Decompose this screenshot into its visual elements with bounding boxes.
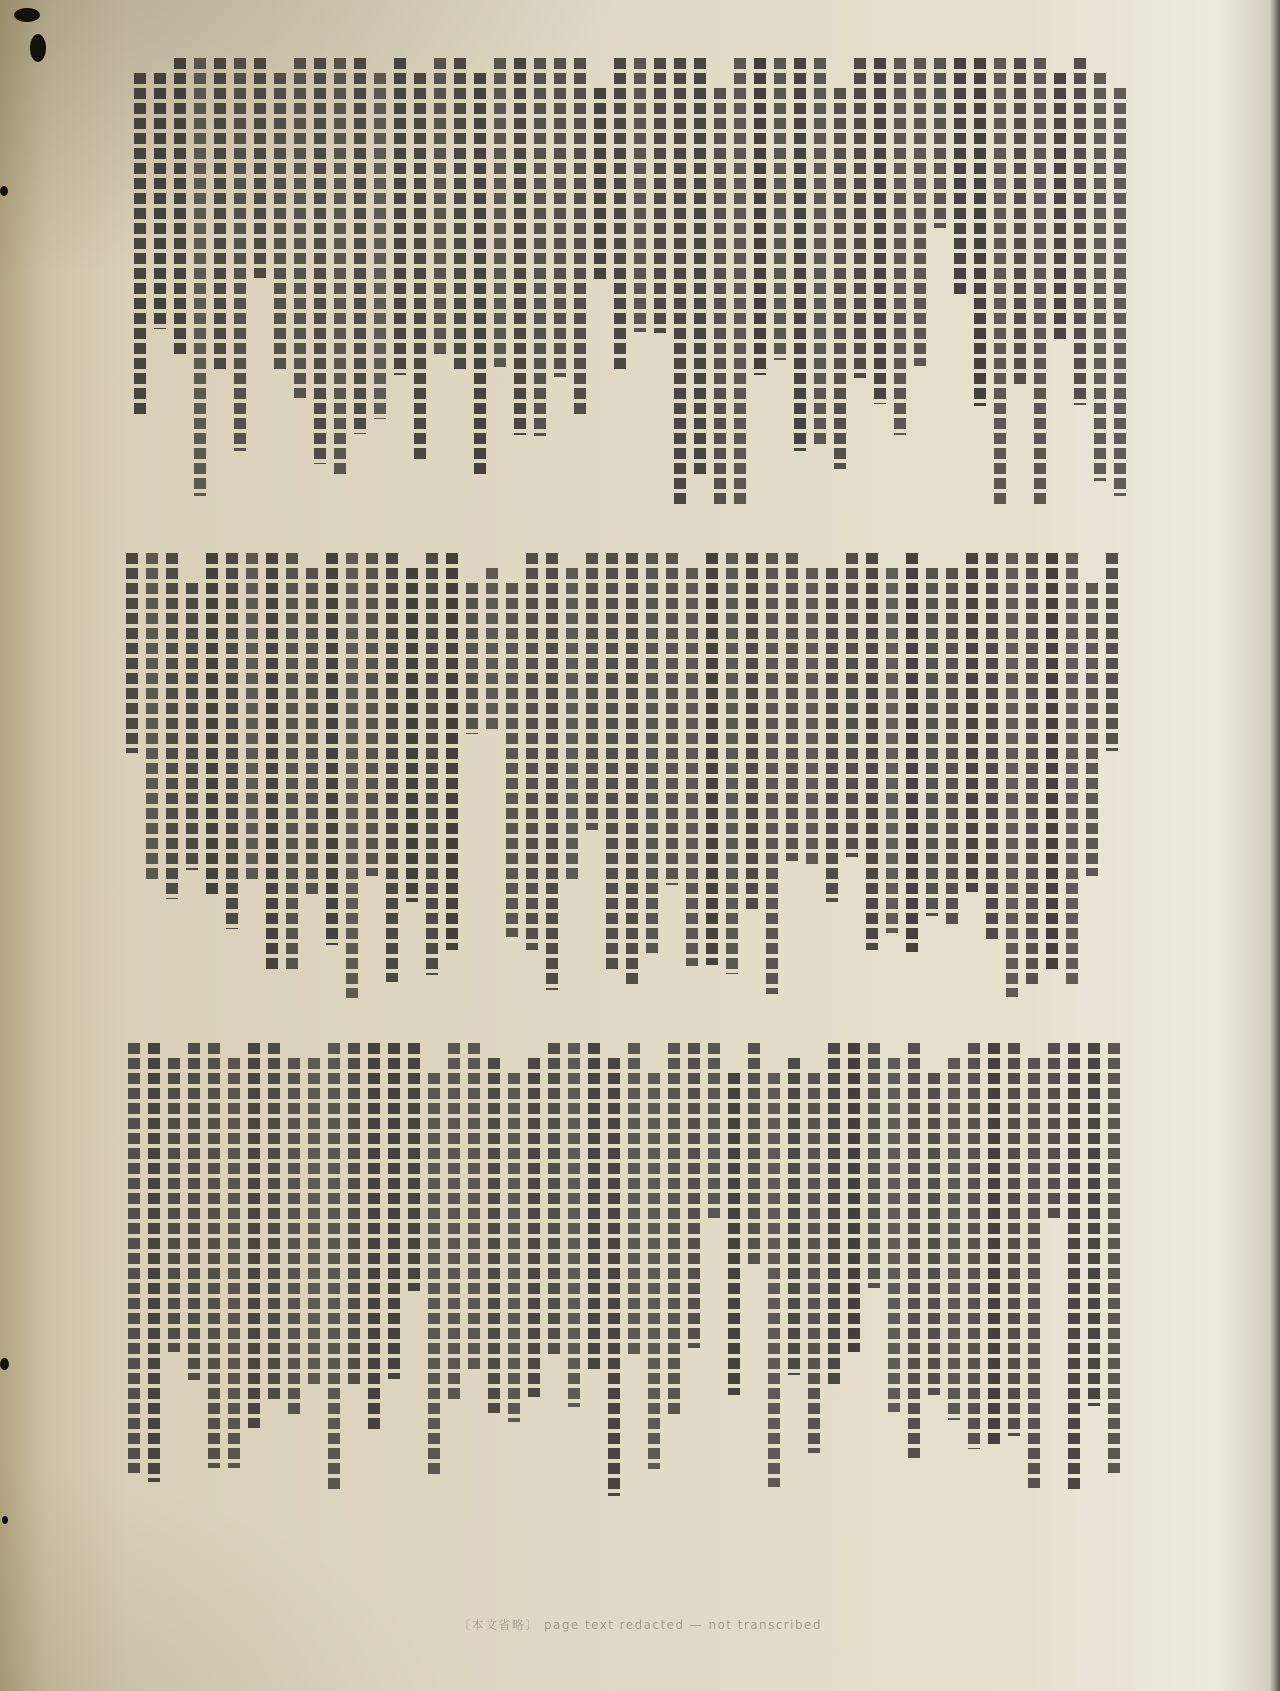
redacted-text-column xyxy=(486,568,498,733)
redacted-text-column xyxy=(534,58,546,436)
text-band-middle xyxy=(118,553,1118,1011)
redacted-text-column xyxy=(134,73,146,414)
redacted-text-column xyxy=(1114,88,1126,496)
redacted-text-column xyxy=(988,1043,1000,1444)
redacted-text-column xyxy=(166,553,178,899)
redacted-text-column xyxy=(548,1043,560,1355)
redacted-text-column xyxy=(574,58,586,415)
redacted-text-column xyxy=(694,58,706,476)
redacted-text-column xyxy=(508,1073,520,1422)
redacted-text-column xyxy=(788,1058,800,1375)
redacted-text-column xyxy=(894,58,906,435)
redacted-text-column xyxy=(286,553,298,973)
redacted-text-column xyxy=(148,1043,160,1482)
redacted-text-column xyxy=(214,58,226,372)
redacted-text-column xyxy=(594,88,606,279)
scan-artifact-mark xyxy=(30,34,46,62)
redacted-text-column xyxy=(668,1043,680,1417)
redacted-text-column xyxy=(1006,553,1018,997)
redacted-text-column xyxy=(514,58,526,435)
redacted-text-column xyxy=(886,568,898,933)
redacted-text-column xyxy=(706,553,718,965)
redacted-text-column xyxy=(888,1058,900,1412)
scan-artifact-mark xyxy=(0,186,8,196)
redacted-text-column xyxy=(174,58,186,357)
redacted-text-column xyxy=(754,58,766,375)
redacted-text-column xyxy=(334,58,346,476)
redacted-text-column xyxy=(414,73,426,463)
redacted-text-column xyxy=(308,1058,320,1388)
redacted-text-column xyxy=(714,88,726,504)
redacted-text-column xyxy=(708,1043,720,1218)
redacted-text-column xyxy=(494,58,506,367)
redacted-text-column xyxy=(488,1058,500,1413)
redacted-text-column xyxy=(428,1073,440,1478)
redacted-text-column xyxy=(254,58,266,278)
redacted-text-column xyxy=(1034,58,1046,508)
redacted-text-column xyxy=(566,568,578,881)
redacted-text-column xyxy=(768,1073,780,1487)
redacted-text-column xyxy=(528,1058,540,1397)
redacted-text-column xyxy=(354,58,366,434)
redacted-text-column xyxy=(966,553,978,892)
redacted-text-column xyxy=(1066,553,1078,984)
redacted-text-column xyxy=(1054,73,1066,343)
redacted-text-column xyxy=(866,553,878,950)
redacted-text-column xyxy=(634,58,646,332)
redacted-text-column xyxy=(154,73,166,329)
redacted-text-column xyxy=(248,1043,260,1428)
redacted-text-column xyxy=(1046,553,1058,973)
redacted-text-column xyxy=(406,568,418,902)
redacted-text-column xyxy=(368,1043,380,1430)
redacted-text-column xyxy=(394,58,406,375)
redacted-text-column xyxy=(546,553,558,990)
redacted-text-column xyxy=(646,553,658,953)
redacted-text-column xyxy=(868,1043,880,1288)
redacted-text-column xyxy=(1086,583,1098,876)
redacted-text-column xyxy=(208,1043,220,1468)
redacted-text-column xyxy=(986,553,998,943)
redacted-text-column xyxy=(814,58,826,446)
scanned-page: 〔本文省略〕 page text redacted — not transcri… xyxy=(0,0,1280,1691)
redacted-text-column xyxy=(1088,1043,1100,1406)
redacted-text-column xyxy=(314,58,326,464)
redacted-text-column xyxy=(588,1043,600,1371)
redacted-text-column xyxy=(448,1043,460,1401)
redacted-text-column xyxy=(228,1058,240,1468)
redacted-text-column xyxy=(914,58,926,366)
redacted-text-column xyxy=(246,553,258,880)
redacted-text-column xyxy=(306,568,318,897)
scan-artifact-mark xyxy=(14,8,40,22)
redacted-text-column xyxy=(146,553,158,882)
redacted-text-column xyxy=(206,553,218,895)
scan-artifact-mark xyxy=(0,1358,9,1370)
redacted-text-column xyxy=(526,553,538,950)
redacted-text-column xyxy=(1094,73,1106,481)
redacted-text-column xyxy=(608,1058,620,1496)
redacted-text-column xyxy=(446,553,458,950)
redacted-text-column xyxy=(188,1043,200,1380)
redacted-text-column xyxy=(266,553,278,973)
redacted-text-column xyxy=(386,553,398,982)
redacted-text-column xyxy=(654,58,666,333)
redacted-text-column xyxy=(346,553,358,998)
redacted-text-column xyxy=(1106,553,1118,751)
redacted-text-column xyxy=(968,1043,980,1449)
redacted-text-column xyxy=(168,1058,180,1352)
redacted-text-column xyxy=(626,553,638,987)
redacted-text-column xyxy=(666,553,678,885)
redacted-text-column xyxy=(1108,1043,1120,1473)
redacted-text-column xyxy=(274,73,286,372)
redacted-text-column xyxy=(466,583,478,734)
redacted-text-column xyxy=(786,553,798,861)
redacted-text-column xyxy=(734,58,746,506)
redacted-text-column xyxy=(748,1043,760,1268)
redacted-text-column xyxy=(826,568,838,902)
redacted-text-column xyxy=(728,1073,740,1395)
redacted-text-column xyxy=(974,58,986,406)
redacted-text-column xyxy=(628,1043,640,1355)
redacted-text-column xyxy=(328,1043,340,1489)
redacted-text-column xyxy=(766,553,778,994)
redaction-note: 〔本文省略〕 page text redacted — not transcri… xyxy=(0,1616,1280,1633)
redacted-text-column xyxy=(426,553,438,975)
redacted-text-column xyxy=(1026,553,1038,984)
redacted-text-column xyxy=(128,1043,140,1473)
redacted-text-column xyxy=(348,1043,360,1388)
redacted-text-column xyxy=(506,583,518,937)
redacted-text-column xyxy=(954,58,966,297)
redacted-text-column xyxy=(1068,1043,1080,1493)
redacted-text-column xyxy=(408,1043,420,1291)
redacted-text-column xyxy=(1028,1058,1040,1488)
text-band-top xyxy=(126,58,1126,510)
redacted-text-column xyxy=(1048,1043,1060,1218)
redacted-text-column xyxy=(688,1043,700,1348)
redacted-text-column xyxy=(846,553,858,857)
redacted-text-column xyxy=(948,1058,960,1420)
redacted-text-column xyxy=(686,568,698,966)
redacted-text-column xyxy=(374,73,386,419)
redacted-text-column xyxy=(726,553,738,974)
redacted-text-column xyxy=(454,58,466,372)
redacted-text-column xyxy=(186,583,198,870)
redacted-text-column xyxy=(126,553,138,753)
redacted-text-column xyxy=(1074,58,1086,405)
redacted-text-column xyxy=(234,58,246,451)
redacted-text-column xyxy=(848,1043,860,1352)
redacted-text-column xyxy=(874,58,886,404)
redacted-text-column xyxy=(1014,58,1026,386)
redacted-text-column xyxy=(194,58,206,496)
redacted-text-column xyxy=(906,553,918,952)
redacted-text-column xyxy=(828,1043,840,1386)
redacted-text-column xyxy=(614,58,626,369)
redacted-text-column xyxy=(468,1043,480,1369)
redacted-text-column xyxy=(554,58,566,377)
redacted-text-column xyxy=(934,58,946,228)
redacted-text-column xyxy=(268,1043,280,1399)
redacted-text-column xyxy=(474,73,486,475)
redacted-text-column xyxy=(806,568,818,867)
redacted-text-column xyxy=(288,1058,300,1417)
redacted-text-column xyxy=(326,553,338,945)
redacted-text-column xyxy=(808,1073,820,1453)
redacted-text-column xyxy=(434,58,446,357)
scan-artifact-mark xyxy=(2,1516,8,1524)
redacted-text-column xyxy=(946,568,958,926)
redacted-text-column xyxy=(908,1043,920,1458)
redacted-text-column xyxy=(774,58,786,360)
redacted-text-column xyxy=(366,553,378,876)
redacted-text-column xyxy=(226,553,238,929)
redacted-text-column xyxy=(926,568,938,916)
redacted-text-column xyxy=(294,58,306,398)
redacted-text-column xyxy=(854,58,866,378)
redacted-text-column xyxy=(674,58,686,505)
redacted-text-column xyxy=(606,553,618,970)
text-band-bottom xyxy=(126,1043,1120,1503)
redacted-text-column xyxy=(794,58,806,451)
redacted-text-column xyxy=(746,553,758,912)
redacted-text-column xyxy=(388,1043,400,1379)
redacted-text-column xyxy=(568,1043,580,1407)
redacted-text-column xyxy=(1008,1043,1020,1436)
redacted-text-column xyxy=(994,58,1006,507)
redacted-text-column xyxy=(648,1073,660,1469)
redacted-text-column xyxy=(586,553,598,830)
redacted-text-column xyxy=(834,88,846,469)
redacted-text-column xyxy=(928,1073,940,1395)
